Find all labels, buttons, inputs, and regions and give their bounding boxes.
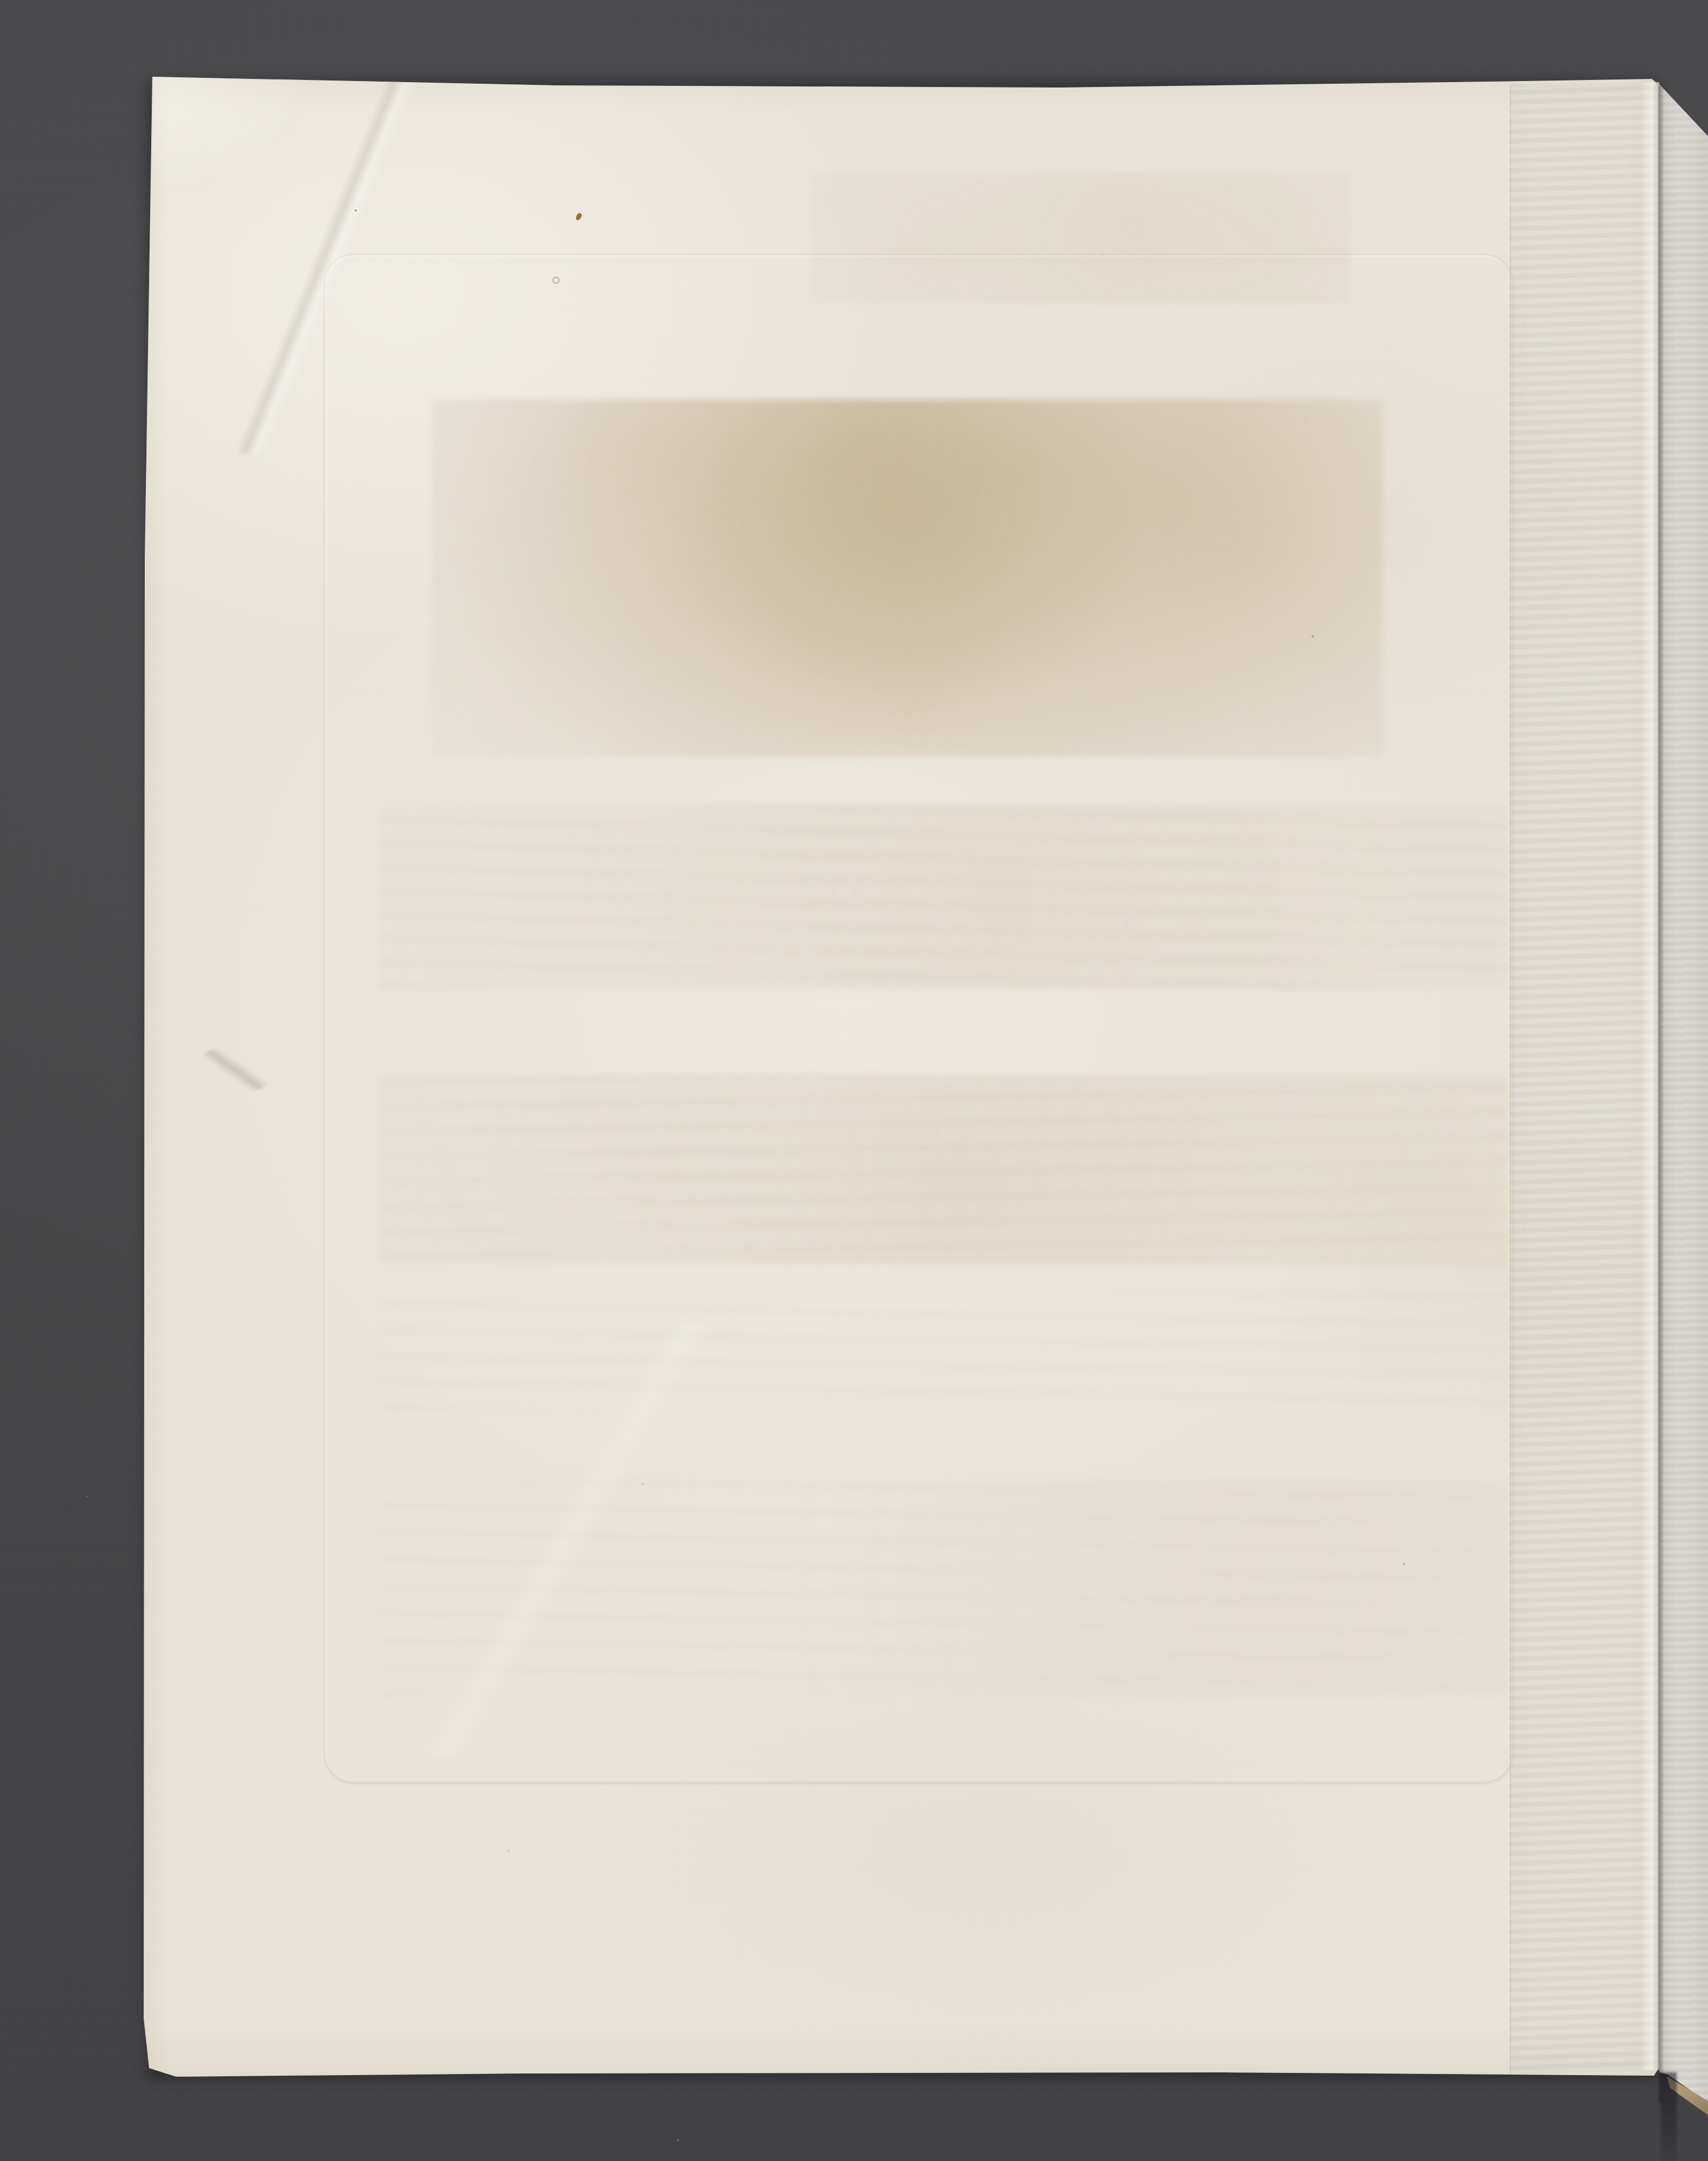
showthrough-stave-band [378, 805, 1507, 989]
mat-dust-speck [677, 2139, 679, 2141]
orange-fleck [575, 212, 582, 221]
paper-speck [355, 210, 357, 211]
scan-canvas: { "scene": { "description": "Archival bo… [0, 0, 1708, 2161]
next-leaf-fore-edge [1659, 76, 1708, 2115]
paper-speck [642, 1483, 644, 1485]
corner-crease [153, 76, 499, 454]
ring-speck [553, 277, 560, 284]
mat-dust-speck [35, 636, 36, 637]
paper-crease [378, 1324, 756, 1756]
showthrough-title-band [432, 400, 1383, 756]
showthrough-stave-band [378, 1075, 1507, 1264]
paper-speck [508, 1850, 509, 1851]
leaf-seam-shadow [1658, 85, 1664, 2103]
right-edge-tissue-strip [1510, 76, 1659, 2078]
mat-dust-speck [86, 1495, 88, 1497]
paper-speck [1312, 635, 1314, 637]
blank-verso-page [144, 73, 1659, 2077]
page-fore-edge-highlight [1644, 82, 1659, 2070]
paper-speck [1403, 1563, 1405, 1565]
showthrough-band [810, 173, 1350, 303]
paper-speck [1102, 254, 1103, 255]
smudge-mark [194, 1045, 275, 1094]
